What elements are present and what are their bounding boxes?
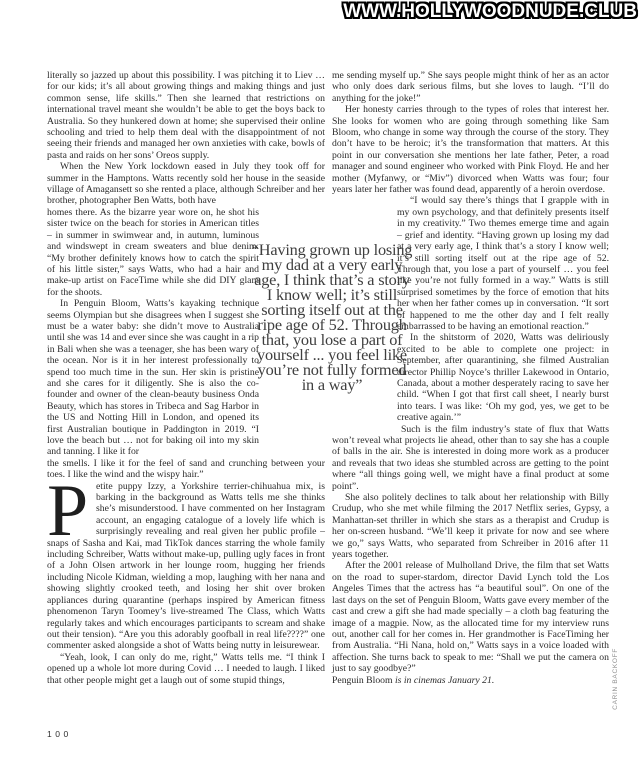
paragraph: the smells. I like it for the feel of sa…	[47, 458, 325, 481]
photo-credit: CARIN BACKOFF	[612, 648, 619, 710]
pull-quote: “Having grown up losing my dad at a very…	[251, 242, 413, 392]
paragraph: me sending myself up.” She says people m…	[332, 70, 609, 104]
paragraph: literally so jazzed up about this possib…	[47, 70, 325, 161]
film-title: Penguin Bloom	[332, 675, 393, 686]
watermark-text: WWW.HOLLYWOODNUDE.CLUB	[343, 1, 637, 23]
paragraph: “Yeah, look, I can only do me, right,” W…	[47, 652, 325, 686]
paragraph: Such is the film industry’s state of flu…	[332, 424, 609, 492]
closing-line: Penguin Bloom is in cinemas January 21.	[332, 675, 609, 686]
paragraph-with-dropcap: Petite puppy Izzy, a Yorkshire terrier-c…	[47, 481, 325, 652]
paragraph: When the New York lockdown eased in July…	[47, 161, 325, 207]
paragraph: After the 2001 release of Mulholland Dri…	[332, 560, 609, 674]
paragraph: She also politely declines to talk about…	[332, 492, 609, 560]
paragraph: Her honesty carries through to the types…	[332, 104, 609, 195]
drop-cap-letter: P	[47, 481, 96, 538]
release-info: is in cinemas January 21.	[393, 675, 495, 686]
page-number: 100	[47, 729, 72, 739]
magazine-page: WWW.HOLLYWOODNUDE.CLUB literally so jazz…	[0, 0, 640, 765]
